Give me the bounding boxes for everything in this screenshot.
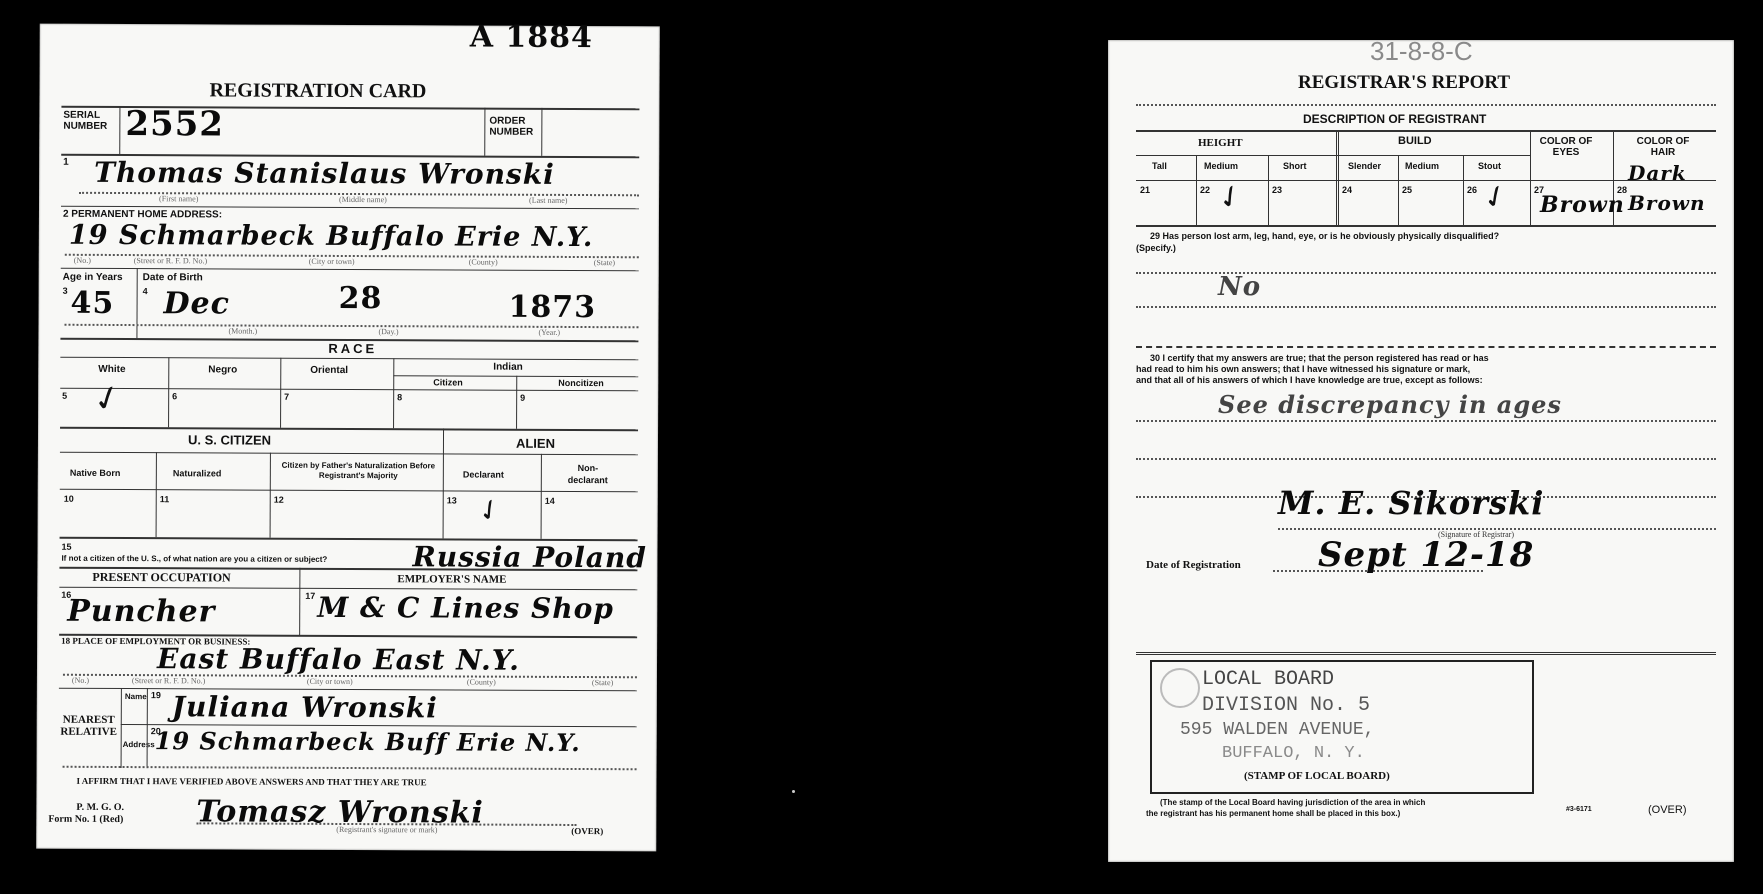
dob-year-value: 1873	[508, 290, 596, 325]
race-negro-label: Negro	[208, 364, 237, 375]
alien-title: ALIEN	[516, 436, 555, 451]
race-num-5: 5	[62, 391, 67, 401]
alien-num-14: 14	[545, 496, 555, 506]
race-num-7: 7	[284, 392, 289, 402]
report-title: REGISTRAR'S REPORT	[1298, 72, 1510, 94]
stamp-footnote-line-2: the registrant has his permanent home sh…	[1146, 809, 1400, 818]
first-name-sublabel: (First name)	[159, 194, 198, 203]
build-num-24: 24	[1342, 185, 1352, 195]
dob-label: Date of Birth	[143, 272, 203, 283]
build-num-26: 26	[1467, 185, 1477, 195]
q17-number: 17	[305, 591, 315, 601]
citizen-by-father-label: Citizen by Father's Naturalization Befor…	[276, 461, 441, 482]
report-form-code: #3-6171	[1566, 806, 1592, 813]
alien-num-13: 13	[447, 495, 457, 505]
nationality-question: If not a citizen of the U. S., of what n…	[61, 554, 327, 564]
build-medium-label: Medium	[1405, 161, 1439, 171]
registrant-name-value: Thomas Stanislaus Wronski	[94, 156, 555, 191]
address-city-sublabel: (City or town)	[309, 257, 355, 266]
stamp-line-1: LOCAL BOARD	[1202, 668, 1334, 691]
form-number: Form No. 1 (Red)	[48, 814, 123, 825]
race-num-9: 9	[520, 393, 525, 403]
height-num-21: 21	[1140, 185, 1150, 195]
stamp-seal-icon	[1160, 668, 1200, 708]
description-title: DESCRIPTION OF REGISTRANT	[1303, 112, 1486, 126]
height-num-22: 22	[1200, 185, 1210, 195]
build-title: BUILD	[1398, 135, 1432, 147]
registrar-report-card: 31-8-8-C REGISTRAR'S REPORT DESCRIPTION …	[1108, 40, 1734, 862]
date-of-registration-value: Sept 12-18	[1318, 535, 1534, 575]
date-of-registration-label: Date of Registration	[1146, 559, 1241, 571]
address-state-sublabel: (State)	[594, 258, 615, 267]
citizen-num-12: 12	[274, 495, 284, 505]
q4-number: 4	[143, 286, 148, 296]
card-stamp-number: A 1884	[470, 20, 593, 56]
native-born-label: Native Born	[70, 468, 121, 478]
q30-text-line-3: and that all of his answers of which I h…	[1136, 375, 1483, 385]
citizen-num-10: 10	[64, 494, 74, 504]
relative-address-value: 19 Schmarbeck Buff Erie N.Y.	[155, 726, 581, 757]
stamp-line-2: DIVISION No. 5	[1202, 694, 1370, 717]
build-num-25: 25	[1402, 185, 1412, 195]
occupation-value: Puncher	[67, 594, 215, 630]
age-label: Age in Years	[63, 272, 123, 283]
registrar-signature: M. E. Sikorski	[1278, 484, 1544, 522]
declarant-label: Declarant	[463, 470, 504, 480]
stamp-line-3: 595 WALDEN AVENUE,	[1180, 720, 1374, 740]
citizen-num-11: 11	[160, 494, 170, 504]
employment-county-sublabel: (County)	[467, 678, 496, 687]
eye-color-value: Brown	[1540, 192, 1625, 218]
build-stout-checkmark: ✓	[1477, 176, 1515, 218]
height-title: HEIGHT	[1198, 137, 1243, 149]
address-street-sublabel: (Street or R. F. D. No.)	[134, 256, 207, 265]
race-oriental-label: Oriental	[310, 365, 348, 376]
address-county-sublabel: (County)	[469, 258, 498, 267]
relative-address-label: Address	[123, 740, 155, 749]
affirm-statement: I AFFIRM THAT I HAVE VERIFIED ABOVE ANSW…	[76, 776, 426, 788]
height-medium-checkmark: ✓	[1211, 176, 1250, 219]
stamp-line-4: BUFFALO, N. Y.	[1222, 744, 1365, 763]
home-address-value: 19 Schmarbeck Buffalo Erie N.Y.	[69, 220, 594, 253]
stamp-caption: (STAMP OF LOCAL BOARD)	[1244, 770, 1390, 782]
over-label-left: (OVER)	[571, 826, 603, 836]
build-slender-label: Slender	[1348, 161, 1381, 171]
report-stamp-code: 31-8-8-C	[1370, 36, 1473, 67]
dob-day-sublabel: (Day.)	[378, 327, 398, 336]
naturalized-label: Naturalized	[173, 468, 222, 478]
q30-text-line-2: had read to him his own answers; that I …	[1136, 364, 1470, 374]
middle-name-sublabel: (Middle name)	[339, 195, 387, 204]
dob-month-value: Dec	[164, 286, 231, 321]
height-num-23: 23	[1272, 185, 1282, 195]
dob-month-sublabel: (Month.)	[228, 326, 257, 335]
dob-year-sublabel: (Year.)	[538, 328, 560, 337]
address-no-sublabel: (No.)	[74, 256, 91, 265]
registration-card: A 1884 REGISTRATION CARD SERIAL NUMBER 2…	[36, 24, 660, 852]
relative-name-label: Name	[125, 692, 147, 701]
q30-exception-value: See discrepancy in ages	[1218, 390, 1562, 419]
race-white-checkmark: ✓	[88, 376, 127, 423]
q30-text-line-1: 30 I certify that my answers are true; t…	[1150, 353, 1489, 363]
build-stout-label: Stout	[1478, 161, 1501, 171]
nearest-relative-label: NEAREST RELATIVE	[59, 714, 119, 738]
employment-street-sublabel: (Street or R. F. D. No.)	[132, 676, 205, 685]
race-indian-noncitizen-label: Noncitizen	[558, 378, 604, 388]
height-short-label: Short	[1283, 161, 1307, 171]
race-white-label: White	[98, 364, 125, 375]
declarant-checkmark: ✓	[471, 490, 508, 530]
serial-number-value: 2552	[125, 104, 224, 144]
serial-number-label: SERIAL NUMBER	[63, 110, 113, 132]
form-line-pmgo: P. M. G. O.	[76, 802, 124, 813]
employment-city-sublabel: (City or town)	[307, 677, 353, 686]
q29-question: 29 Has person lost arm, leg, hand, eye, …	[1150, 231, 1499, 241]
race-indian-citizen-label: Citizen	[433, 377, 463, 387]
home-address-label: 2 PERMANENT HOME ADDRESS:	[63, 209, 222, 221]
q29-specify: (Specify.)	[1136, 243, 1176, 253]
last-name-sublabel: (Last name)	[529, 196, 567, 205]
over-label-right: (OVER)	[1648, 804, 1687, 816]
employer-value: M & C Lines Shop	[317, 591, 614, 625]
hair-color-value: Dark Brown	[1628, 158, 1728, 218]
stamp-footnote-line-1: (The stamp of the Local Board having jur…	[1160, 798, 1425, 807]
order-number-label: ORDER NUMBER	[489, 116, 544, 138]
q1-number: 1	[63, 157, 69, 168]
card-title: REGISTRATION CARD	[209, 79, 426, 103]
non-declarant-label: Non-declarant	[558, 462, 618, 486]
local-board-stamp-box: LOCAL BOARD DIVISION No. 5 595 WALDEN AV…	[1150, 660, 1534, 794]
occupation-header: PRESENT OCCUPATION	[92, 570, 230, 586]
hair-color-title: COLOR OF HAIR	[1628, 136, 1698, 158]
q15-number: 15	[61, 542, 71, 552]
employment-state-sublabel: (State)	[592, 678, 613, 687]
scan-speck	[792, 790, 795, 793]
race-num-6: 6	[172, 391, 177, 401]
age-value: 45	[71, 286, 115, 321]
us-citizen-title: U. S. CITIZEN	[188, 432, 271, 447]
q29-answer: No	[1218, 272, 1261, 302]
relative-name-value: Juliana Wronski	[172, 690, 438, 724]
place-of-employment-value: East Buffalo East N.Y.	[157, 642, 520, 677]
employment-no-sublabel: (No.)	[72, 676, 89, 685]
race-indian-label: Indian	[493, 362, 523, 373]
height-medium-label: Medium	[1204, 161, 1238, 171]
race-title: RACE	[328, 341, 377, 356]
height-tall-label: Tall	[1152, 161, 1167, 171]
registrant-signature-sublabel: (Registrant's signature or mark)	[336, 825, 437, 834]
employer-header: EMPLOYER'S NAME	[397, 573, 506, 585]
q19-number: 19	[151, 690, 161, 700]
race-num-8: 8	[397, 392, 402, 402]
dob-day-value: 28	[339, 281, 383, 316]
q3-number: 3	[63, 286, 68, 296]
eye-color-title: COLOR OF EYES	[1536, 136, 1596, 158]
